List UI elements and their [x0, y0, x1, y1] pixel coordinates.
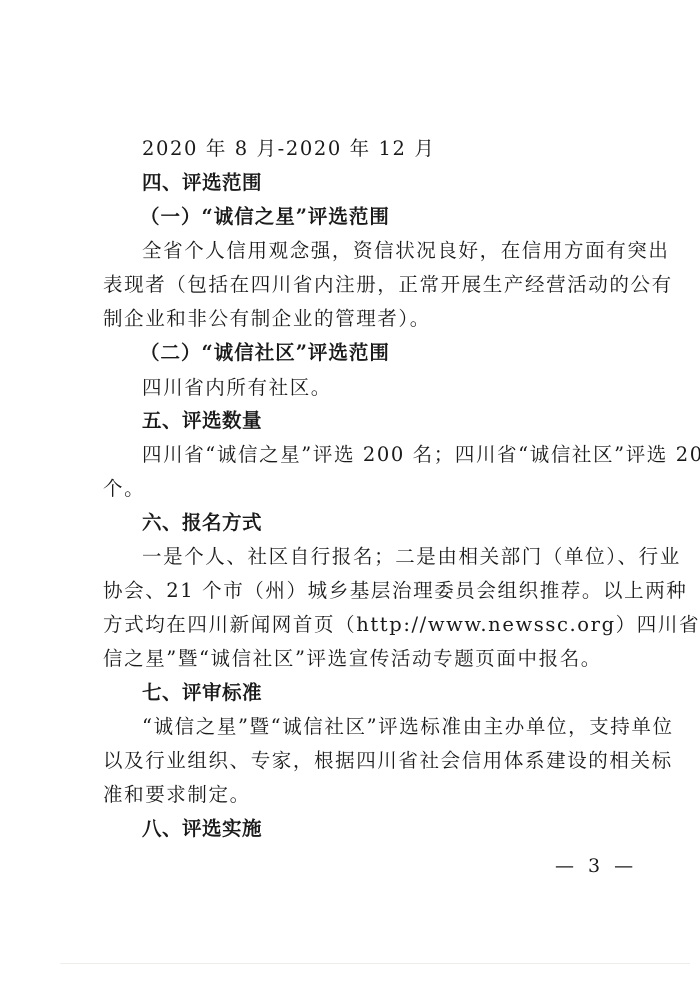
- section-heading-registration: 六、报名方式: [142, 511, 262, 535]
- paragraph-line: “诚信之星”暨“诚信社区”评选标准由主办单位，支持单位: [142, 715, 674, 739]
- paragraph-line: 四川省内所有社区。: [142, 376, 332, 400]
- paragraph-line: 信之星”暨“诚信社区”评选宣传活动专题页面中报名。: [103, 647, 602, 671]
- section-heading-scope: 四、评选范围: [142, 171, 262, 195]
- paragraph-line: 表现者（包括在四川省内注册，正常开展生产经营活动的公有: [103, 273, 673, 297]
- date-range-text: 2020 年 8 月-2020 年 12 月: [142, 137, 435, 161]
- paragraph-line: 个。: [103, 477, 145, 501]
- paragraph-line: 全省个人信用观念强，资信状况良好，在信用方面有突出: [142, 239, 670, 263]
- paragraph-line: 准和要求制定。: [103, 783, 251, 807]
- scan-edge-divider: [60, 963, 690, 964]
- paragraph-line-url: 方式均在四川新闻网首页（http://www.newssc.org）四川省“诚: [103, 613, 700, 637]
- section-heading-quantity: 五、评选数量: [142, 409, 262, 433]
- page-number: — 3 —: [555, 855, 637, 877]
- subheading-star-scope: （一）“诚信之星”评选范围: [140, 205, 390, 229]
- section-heading-implementation: 八、评选实施: [142, 817, 262, 841]
- subheading-community-scope: （二）“诚信社区”评选范围: [140, 341, 390, 365]
- section-heading-criteria: 七、评审标准: [142, 681, 262, 705]
- paragraph-line: 制企业和非公有制企业的管理者）。: [103, 307, 431, 331]
- paragraph-line: 以及行业组织、专家，根据四川省社会信用体系建设的相关标: [103, 749, 673, 773]
- paragraph-line: 协会、21 个市（州）城乡基层治理委员会组织推荐。以上两种: [103, 579, 687, 603]
- paragraph-line: 一是个人、社区自行报名；二是由相关部门（单位）、行业: [142, 545, 681, 569]
- paragraph-line: 四川省“诚信之星”评选 200 名；四川省“诚信社区”评选 200: [142, 443, 700, 467]
